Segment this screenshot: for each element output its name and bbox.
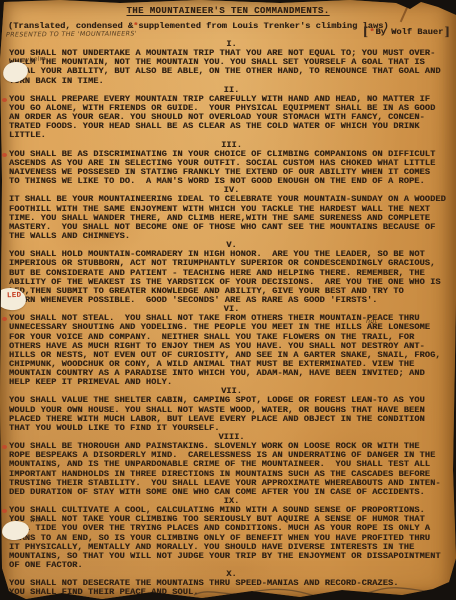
paper-sheet: THE MOUNTAINEER'S TEN COMMANDMENTS. (Tra…: [0, 0, 456, 600]
handwritten-scrawl: [192, 585, 454, 600]
byline-text: By Wolf Bauer: [376, 27, 444, 37]
typed-line: TURN BACK IN TIME.: [9, 77, 454, 86]
typed-line: LITTLE.: [9, 131, 454, 140]
subtitle-post: supplemented from Louis Trenker's climbi…: [138, 21, 388, 31]
typed-line: TO THINGS WE LIKE TO DO. A MAN'S WORD IS…: [9, 177, 454, 186]
handwritten-note-will: will: [30, 517, 42, 525]
red-check-mark: [2, 509, 7, 513]
red-check-mark: [2, 445, 7, 449]
red-check-mark: [2, 153, 7, 157]
handwritten-note-led: LED: [7, 292, 22, 300]
bracket-close: ]: [444, 27, 450, 37]
sections: I.YOU SHALL NOT UNDERTAKE A MOUNTAIN TRI…: [9, 40, 454, 598]
typed-line: OF ONE FACTOR.: [9, 561, 454, 570]
typed-line: DED DURATION OF STAY WITH SOME ONE WHO C…: [9, 488, 454, 497]
insert-caret: ^: [369, 322, 374, 329]
typed-line: HELP KEEP IT PRIMEVAL AND HOLY.: [9, 378, 454, 387]
typed-line: LEARN WHENEVER POSSIBLE. GOOD 'SECONDS' …: [9, 296, 454, 305]
subtitle-line: (Translated, condensed &*supplemented fr…: [8, 21, 389, 31]
byline: [ * By Wolf Bauer ]: [363, 27, 450, 37]
typed-line: THE WALLS AND CHIMNEYS.: [9, 232, 454, 241]
scanned-document: THE MOUNTAINEER'S TEN COMMANDMENTS. (Tra…: [0, 0, 456, 600]
subtitle-pre: (Translated, condensed &: [8, 21, 133, 31]
bracket-open: [: [363, 27, 369, 37]
typed-line: TRATED FOODS. YOUR HEAD SHALL BE AS CLEA…: [9, 122, 454, 131]
handwritten-presented: PRESENTED TO THE 'MOUNTAINEERS': [6, 30, 137, 38]
red-check-mark: [2, 317, 7, 321]
document-title: THE MOUNTAINEER'S TEN COMMANDMENTS.: [0, 6, 456, 16]
red-asterisk: *: [369, 27, 374, 37]
typed-line: THAT YOU WOULD LIKE TO FIND IT YOURSELF.: [9, 424, 454, 433]
red-check-mark: [2, 98, 7, 102]
